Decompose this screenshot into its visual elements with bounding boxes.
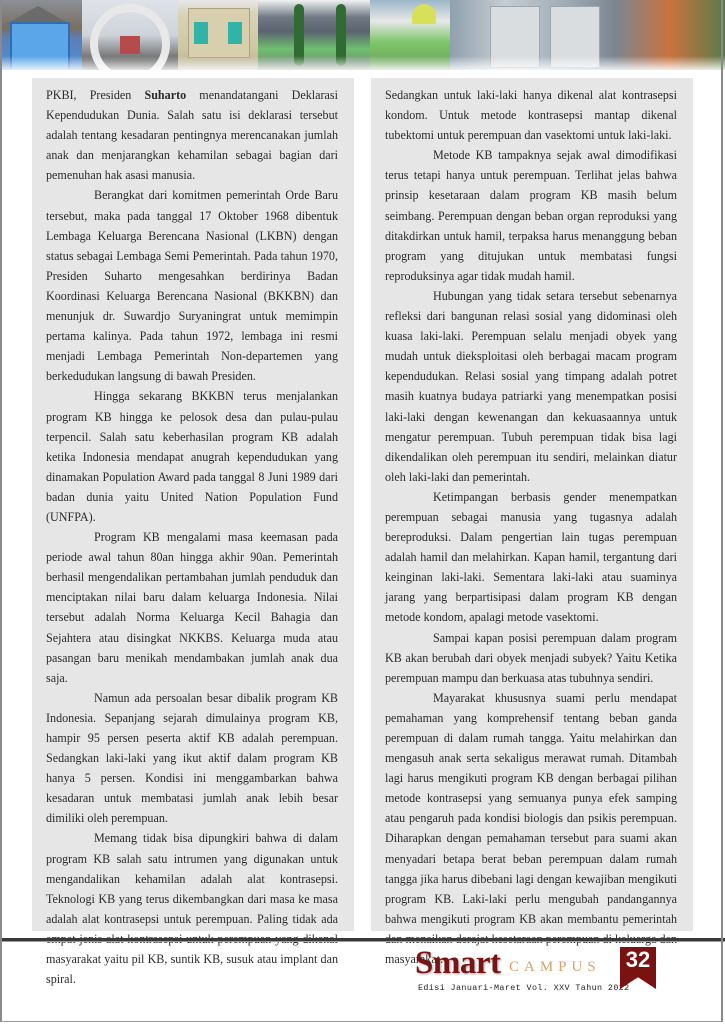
paragraph: Hingga sekarang BKKBN terus menjalankan … (46, 386, 338, 527)
page-number-badge: 32 (620, 947, 656, 989)
logo-campus: CAMPUS (509, 959, 601, 976)
edition-label: Edisi Januari-Maret Vol. XXV Tahun 2022 (418, 983, 630, 993)
paragraph: Metode KB tampaknya sejak awal dimodifik… (385, 145, 677, 286)
header-photo-banner (0, 0, 725, 70)
page-number: 32 (620, 947, 656, 973)
paragraph: Sedangkan untuk laki-laki hanya dikenal … (385, 85, 677, 145)
paragraph: Ketimpangan berbasis gender menempatkan … (385, 487, 677, 628)
article-column-left: PKBI, Presiden Suharto menandatangani De… (32, 78, 354, 931)
paragraph: PKBI, Presiden Suharto menandatangani De… (46, 85, 338, 185)
paragraph: Sampai kapan posisi perempuan dalam prog… (385, 628, 677, 688)
paragraph: Mayarakat khususnya suami perlu mendapat… (385, 688, 677, 969)
paragraph: Namun ada persoalan besar dibalik progra… (46, 688, 338, 829)
article-column-right: Sedangkan untuk laki-laki hanya dikenal … (371, 78, 693, 931)
bold-name: Suharto (144, 88, 186, 102)
paragraph: Berangkat dari komitmen pemerintah Orde … (46, 185, 338, 386)
logo-smart: Smart (415, 945, 500, 982)
paragraph: Hubungan yang tidak setara tersebut sebe… (385, 286, 677, 487)
paragraph: Program KB mengalami masa keemasan pada … (46, 527, 338, 688)
footer-divider-shadow (0, 941, 725, 942)
paragraph: Memang tidak bisa dipungkiri bahwa di da… (46, 828, 338, 989)
